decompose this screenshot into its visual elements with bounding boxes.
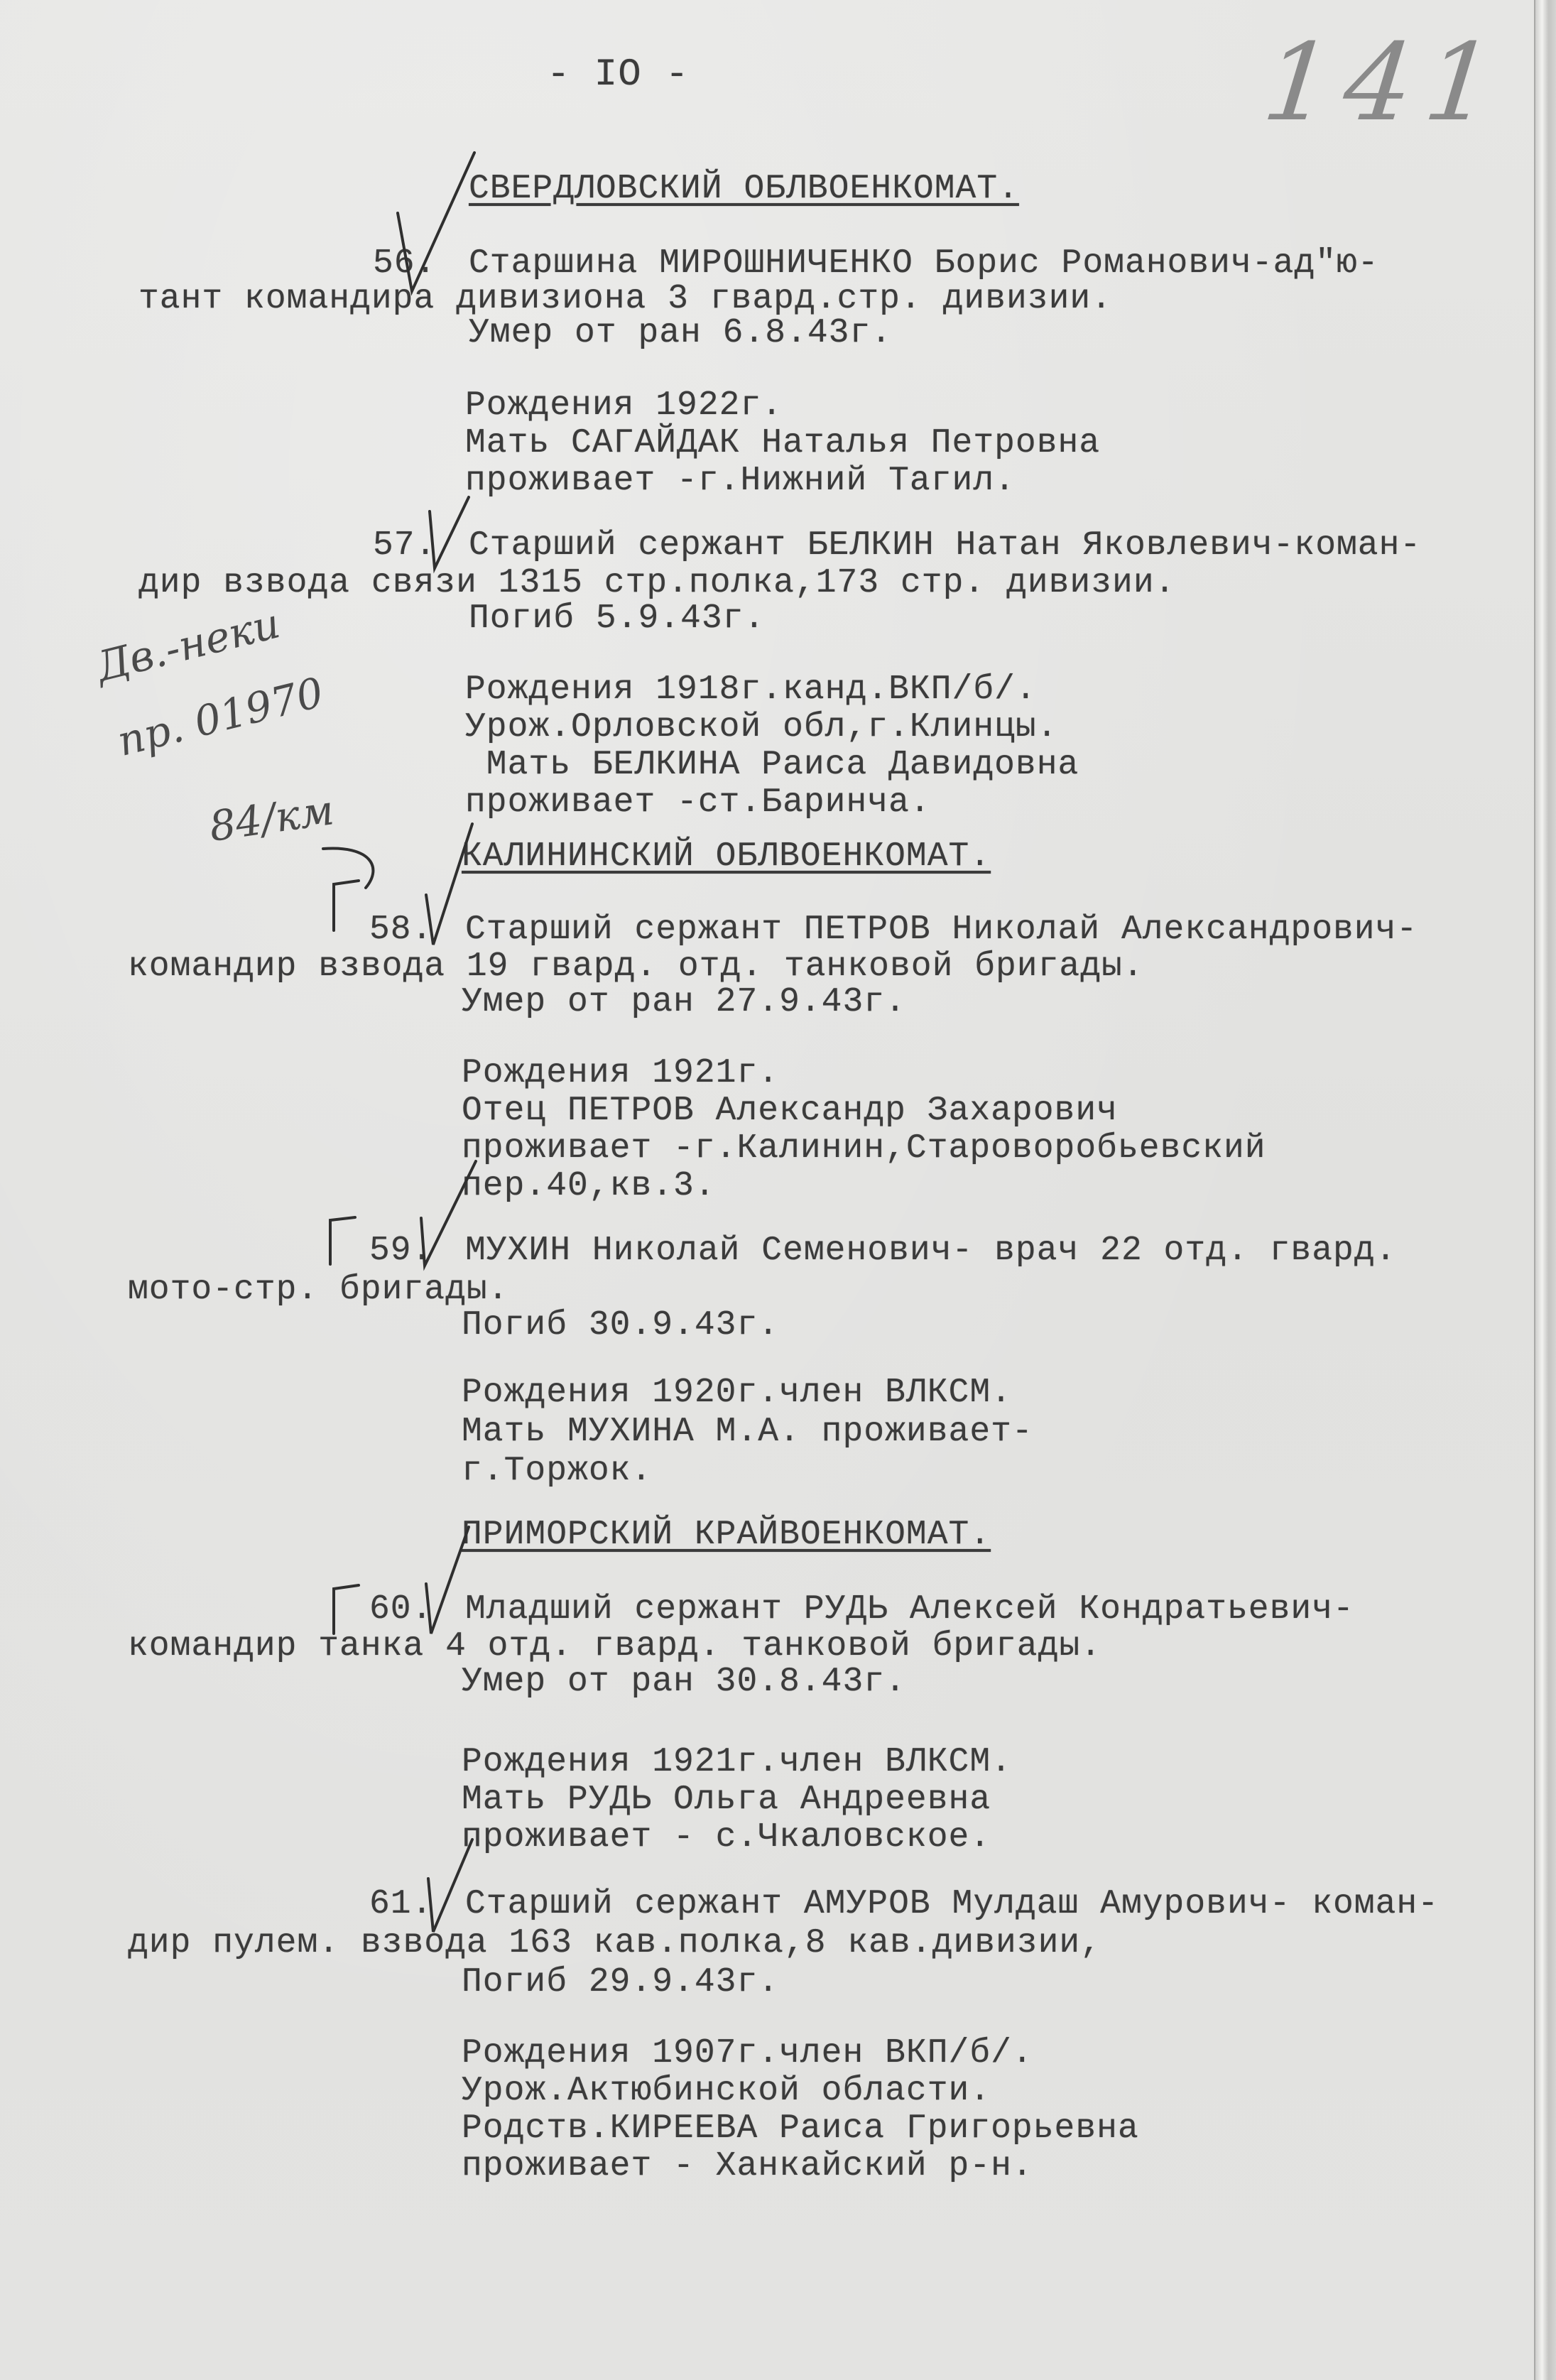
check-mark-icon	[426, 1527, 469, 1634]
check-mark-icon	[421, 1161, 476, 1266]
check-mark-icon	[430, 497, 469, 568]
bracket-mark-icon	[330, 1217, 355, 1264]
check-mark-icon	[398, 153, 474, 291]
pencil-marks	[0, 0, 1556, 2380]
bracket-mark-icon	[334, 1585, 359, 1634]
check-mark-icon	[426, 824, 472, 945]
bracket-mark-icon	[334, 881, 359, 930]
check-mark-icon	[428, 1840, 472, 1932]
